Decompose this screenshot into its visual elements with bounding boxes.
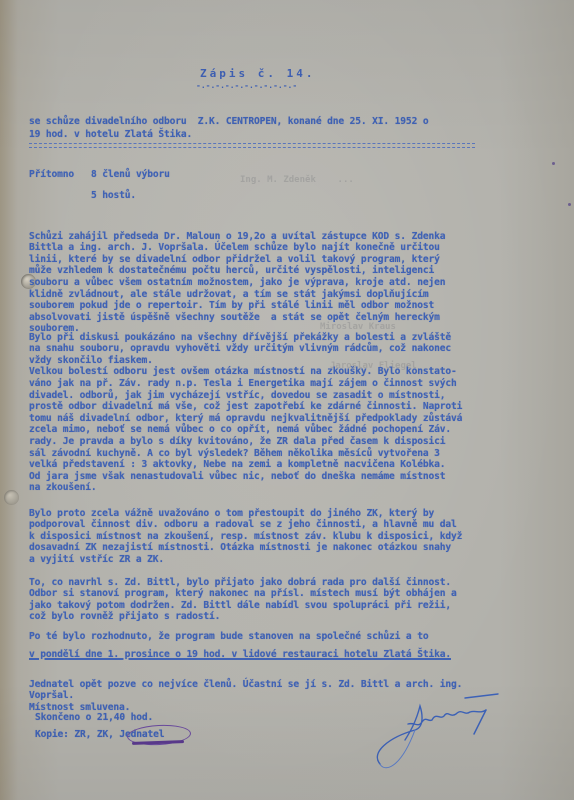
text-line: prostě odbor divadelní má vše, což jest …	[29, 401, 462, 412]
attendance-guests: 5 hostů.	[91, 190, 136, 202]
document-title: Zápis č. 14.	[200, 67, 315, 80]
text-line: Velkou bolestí odboru jest ovšem otázka …	[29, 366, 457, 377]
document-page: Ing. M. Zdeněk ... Miroslav Kraus Jarosl…	[0, 0, 574, 800]
attendance-members: 8 členů výboru	[91, 169, 170, 181]
subtitle-line-1: se schůze divadelního odboru Z.K. CENTRO…	[29, 116, 428, 128]
punch-hole-bottom	[4, 490, 19, 505]
text-line: linii, které by se divadelní odbor přidr…	[29, 254, 440, 265]
text-line: velká představení : 3 aktovky, Nebe na z…	[29, 459, 445, 470]
text-line: váno jak na př. Záv. rady n.p. Tesla i E…	[29, 378, 457, 389]
text-line: divadel. odborů, jak jim vycházejí vstří…	[29, 390, 445, 401]
text-line: jako takový potom dodržen. Zd. Bittl dál…	[29, 600, 451, 611]
text-line: vždy skončilo fiaskem.	[29, 355, 153, 366]
text-line: Jednatel opět pozve co nejvíce členů. Úč…	[29, 679, 462, 690]
text-line: Odbor si stanoví program, který nakonec …	[29, 588, 457, 599]
ink-speck	[568, 203, 571, 206]
text-line: může vzhledem k dostatečnému počtu herců…	[29, 265, 434, 276]
bleed-through-text: Ing. M. Zdeněk ...	[240, 175, 354, 185]
paragraph-2: Bylo při diskusi poukázáno na všechny dř…	[29, 320, 462, 506]
text-line: souboru a vůbec všem ostatním možnostem,…	[29, 277, 445, 288]
text-line: Schůzi zahájil předseda Dr. Maloun o 19,…	[29, 231, 445, 242]
text-line: sál závodní kuchyně. A co byl výsledek? …	[29, 448, 440, 459]
attendance-label: Přítomno	[29, 169, 74, 181]
text-line: na zkoušení.	[29, 482, 97, 493]
text-line: a vyjití vstříc ZR a ZK.	[29, 554, 164, 565]
text-line: klidně zvládnout, ale stále udržovat, a …	[29, 289, 428, 300]
double-divider	[29, 143, 475, 148]
ended-time: Skončeno o 21,40 hod.	[35, 712, 153, 724]
text-line: tomu náš divadelní odbor, který má oprav…	[29, 413, 462, 424]
text-line: To, co navrhl s. Zd. Bittl, bylo přijato…	[29, 577, 451, 588]
text-line: Vopršal.	[29, 690, 74, 701]
title-underline: -.-.-.-.-.-.-.-.-.-.-	[196, 81, 297, 90]
ink-speck	[552, 162, 555, 165]
text-line: Od jara jsme však nenastudovali vůbec ni…	[29, 471, 445, 482]
text-line: k disposici místnost na zkoušení, resp. …	[29, 531, 462, 542]
text-line: Bylo při diskusi poukázáno na všechny dř…	[29, 332, 451, 343]
text-line: na snahu souboru, opravdu vyhověti vždy …	[29, 343, 451, 354]
text-line: Bylo proto zcela vážně uvažováno o tom p…	[29, 508, 434, 519]
text-line: Bittla a ing. arch. J. Vopršala. Účelem …	[29, 242, 440, 253]
text-line: Po té bylo rozhodnuto, že program bude s…	[29, 631, 428, 642]
subtitle-line-2: 19 hod. v hotelu Zlatá Štika.	[29, 129, 192, 141]
text-line: zcela mimo, neboť se nemá vůbec o co opř…	[29, 424, 451, 435]
text-line: rady. Je pravda a bylo s díky kvitováno,…	[29, 436, 445, 447]
meeting-date-underlined: v pondělí dne 1. prosince o 19 hod. v li…	[29, 649, 451, 661]
text-line: dosavadní ZK nezajistí místnosti. Otázka…	[29, 542, 451, 553]
text-line: podporoval činnost div. odboru a radoval…	[29, 519, 457, 530]
text-line: souborem pokud jde o repertoir. Tím by p…	[29, 300, 434, 311]
copies-prefix: Kopie: ZR, ZK,	[35, 729, 119, 740]
signature-icon	[370, 692, 540, 772]
